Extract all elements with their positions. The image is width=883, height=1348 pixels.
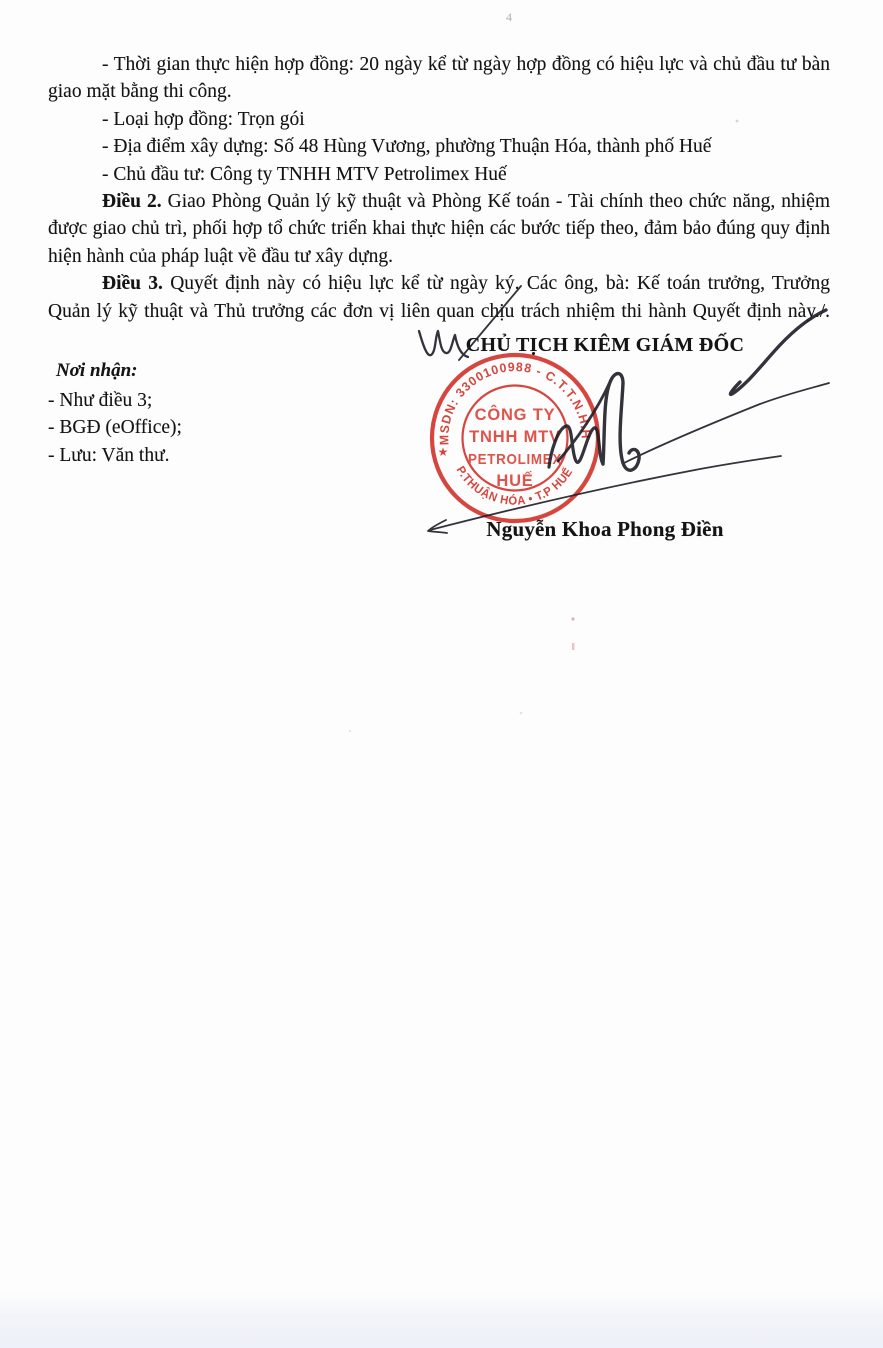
scan-shadow-band xyxy=(0,1292,883,1348)
seal-top-arc-text: MSDN: 3300100988 - C.T.T.N.H.H xyxy=(437,360,592,445)
body-line-text: - Thời gian thực hiện hợp đồng: 20 ngày … xyxy=(102,54,830,75)
body-line: - Loại hợp đồng: Trọn gói xyxy=(48,106,830,133)
body-line: - Chủ đầu tư: Công ty TNHH MTV Petrolime… xyxy=(48,161,830,188)
body-line-lead: Điều 2. xyxy=(102,191,162,212)
body-line-text: hiện hành của pháp luật về đầu tư xây dự… xyxy=(48,246,393,267)
recipients-block: Nơi nhận: - Như điều 3; - BGĐ (eOffice);… xyxy=(48,357,182,469)
recipient-item: - Lưu: Văn thư. xyxy=(48,442,182,470)
signer-name: Nguyễn Khoa Phong Điền xyxy=(425,517,785,542)
body-line-text: - Địa điểm xây dựng: Số 48 Hùng Vương, p… xyxy=(102,136,711,157)
scanned-document-page: 4 - Thời gian thực hiện hợp đồng: 20 ngà… xyxy=(0,0,883,1348)
seal-inner-ring xyxy=(463,386,568,491)
body-line-text: Quyết định này có hiệu lực kể từ ngày ký… xyxy=(102,273,830,297)
signer-title: CHỦ TỊCH KIÊM GIÁM ĐỐC xyxy=(415,334,795,357)
seal-center-line: PETROLIMEX xyxy=(468,451,562,468)
svg-text:MSDN: 3300100988 - C.T.T.N.H.H: MSDN: 3300100988 - C.T.T.N.H.H xyxy=(437,360,592,445)
seal-center-line: TNHH MTV xyxy=(469,428,561,446)
company-seal: MSDN: 3300100988 - C.T.T.N.H.H P.THUẬN H… xyxy=(432,355,598,521)
svg-text:P.THUẬN HÓA • T.P HUẾ: P.THUẬN HÓA • T.P HUẾ xyxy=(454,464,576,508)
document-body: - Thời gian thực hiện hợp đồng: 20 ngày … xyxy=(48,51,830,325)
body-line-text: giao mặt bằng thi công. xyxy=(48,81,232,102)
body-line: được giao chủ trì, phối hợp tổ chức triể… xyxy=(48,215,830,242)
body-line-lead: Điều 3. xyxy=(102,273,163,294)
body-line: Điều 2. Giao Phòng Quản lý kỹ thuật và P… xyxy=(48,188,830,215)
seal-star-icon: ★ xyxy=(438,445,449,459)
body-line: hiện hành của pháp luật về đầu tư xây dự… xyxy=(48,243,830,270)
seal-center-line: CÔNG TY xyxy=(475,405,556,424)
body-line: - Địa điểm xây dựng: Số 48 Hùng Vương, p… xyxy=(48,133,830,160)
seal-outer-ring xyxy=(432,355,598,521)
recipients-heading: Nơi nhận: xyxy=(48,357,182,385)
seal-bottom-arc-text: P.THUẬN HÓA • T.P HUẾ xyxy=(454,464,576,508)
pen-stroke-upper-long xyxy=(624,383,829,463)
handwritten-signature xyxy=(549,374,639,471)
recipient-item: - BGĐ (eOffice); xyxy=(48,414,182,442)
seal-center-line: HUẾ xyxy=(496,471,533,490)
recipient-item: - Như điều 3; xyxy=(48,387,182,415)
body-line-text: - Loại hợp đồng: Trọn gói xyxy=(102,109,305,130)
body-line-text: Giao Phòng Quản lý kỹ thuật và Phòng Kế … xyxy=(102,191,830,215)
page-number-mark: 4 xyxy=(506,10,512,25)
body-line-text: được giao chủ trì, phối hợp tổ chức triể… xyxy=(48,218,830,239)
body-line: - Thời gian thực hiện hợp đồng: 20 ngày … xyxy=(48,51,830,78)
body-line: Điều 3. Quyết định này có hiệu lực kể từ… xyxy=(48,270,830,297)
body-line: Quản lý kỹ thuật và Thủ trưởng các đơn v… xyxy=(48,298,830,325)
body-line: giao mặt bằng thi công. xyxy=(48,78,830,105)
body-line-text: Quản lý kỹ thuật và Thủ trưởng các đơn v… xyxy=(48,301,830,322)
body-line-text: - Chủ đầu tư: Công ty TNHH MTV Petrolime… xyxy=(102,164,507,185)
